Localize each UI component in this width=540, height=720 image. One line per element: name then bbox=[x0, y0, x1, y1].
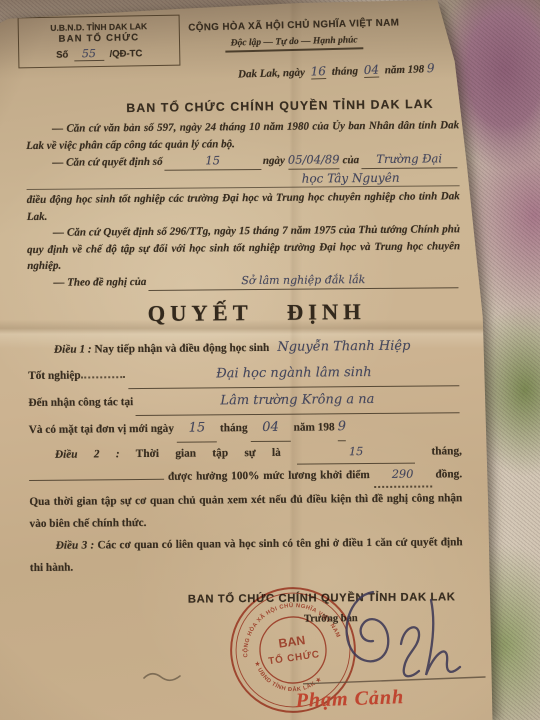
article3-text: Các cơ quan có liên quan và học sinh có … bbox=[30, 536, 463, 574]
workplace-value-handwritten: Lâm trường Krông a na bbox=[135, 386, 459, 416]
article2-label: Điều 2 : bbox=[55, 448, 120, 461]
photo-scene: U.B.N.D. TỈNH DAK LAK BAN TỔ CHỨC Số 55 … bbox=[0, 0, 540, 720]
article1-line2: Tốt nghiệp Đại học ngành lâm sinh bbox=[28, 359, 461, 390]
dateline: Dak Lak, ngày 16 tháng 04 năm 198 9 bbox=[238, 60, 488, 81]
org-title: BAN TỔ CHỨC CHÍNH QUYỀN TỈNH DAK LAK bbox=[112, 97, 448, 116]
preamble-3: — Căn cứ Quyết định số 296/TTg, ngày 15 … bbox=[27, 221, 460, 274]
article1-label: Điều 1 : bbox=[54, 336, 92, 362]
dateline-day-handwritten: 16 bbox=[310, 64, 326, 79]
p2-decision-no-handwritten: 15 bbox=[164, 152, 260, 170]
document-paper: U.B.N.D. TỈNH DAK LAK BAN TỔ CHỨC Số 55 … bbox=[0, 0, 540, 720]
doc-no-prefix: Số bbox=[56, 50, 68, 61]
document-body: — Căn cứ văn bản số 597, ngày 24 tháng 1… bbox=[26, 117, 463, 630]
preamble-2-line1: — Căn cứ quyết định số 15 ngày 05/04/89 … bbox=[52, 150, 459, 171]
graduation-value-handwritten: Đại học ngành lâm sinh bbox=[129, 359, 460, 389]
article1-line1: Điều 1 : Nay tiếp nhận và điều động học … bbox=[28, 333, 461, 363]
pen-squiggle-mark bbox=[142, 668, 182, 686]
doc-no-suffix: /QĐ-TC bbox=[109, 48, 142, 60]
salary-handwritten: 290 bbox=[374, 463, 432, 488]
preamble-4: — Theo đề nghị của Sở lâm nghiệp đắk lắk bbox=[53, 271, 460, 292]
main-title: QUYẾT ĐỊNH bbox=[83, 303, 431, 323]
p2-org-handwritten-1: Trường Đại bbox=[361, 150, 457, 168]
p4-lead: — Theo đề nghị của bbox=[53, 273, 146, 290]
national-header: CỘNG HÒA XÃ HỘI CHỦ NGHĨA VIỆT NAM Độc l… bbox=[178, 17, 411, 54]
p2-lead: — Căn cứ quyết định số bbox=[52, 154, 162, 171]
article3-label: Điều 3 : bbox=[56, 539, 95, 551]
dateline-thang: tháng bbox=[332, 65, 359, 78]
article2-lead: Thời gian tập sự là bbox=[136, 446, 281, 459]
dateline-nam: năm 198 bbox=[385, 63, 425, 76]
preamble-2-line2: học Tây Nguyên bbox=[26, 169, 459, 190]
article1-line3: Đến nhận công tác tại Lâm trường Krông a… bbox=[28, 386, 461, 417]
article2-thang: tháng, bbox=[431, 445, 462, 457]
dateline-year-handwritten: 9 bbox=[427, 61, 435, 75]
issuer-box: U.B.N.D. TỈNH DAK LAK BAN TỔ CHỨC Số 55 … bbox=[18, 15, 181, 69]
present-nam: năm 198 bbox=[293, 414, 334, 440]
present-year-handwritten: 9 bbox=[338, 414, 347, 441]
present-day-handwritten: 15 bbox=[177, 415, 217, 442]
country-name: CỘNG HÒA XÃ HỘI CHỦ NGHĨA VIỆT NAM bbox=[178, 17, 410, 34]
issuer-org: BAN TỔ CHỨC bbox=[23, 32, 175, 47]
present-month-handwritten: 04 bbox=[250, 414, 290, 441]
probation-months-handwritten: 15 bbox=[297, 440, 415, 464]
workplace-label: Đến nhận công tác tại bbox=[28, 389, 133, 416]
p2-org-handwritten-2: học Tây Nguyên bbox=[302, 169, 400, 186]
dateline-month-handwritten: 04 bbox=[364, 63, 380, 78]
empty-blank bbox=[29, 478, 164, 480]
article1-line4: Và có mặt tại đơn vị mới ngày 15 tháng 0… bbox=[29, 413, 462, 444]
article3: Điều 3 : Các cơ quan có liên quan và học… bbox=[30, 531, 463, 579]
paper-wrap: U.B.N.D. TỈNH DAK LAK BAN TỔ CHỨC Số 55 … bbox=[0, 0, 540, 720]
p2-ngay: ngày bbox=[263, 153, 285, 170]
article2-line2-lead: được hưởng 100% mức lương khởi điểm bbox=[168, 469, 370, 483]
student-name-handwritten: Nguyễn Thanh Hiệp bbox=[277, 333, 410, 360]
preamble-1: — Căn cứ văn bản số 597, ngày 24 tháng 1… bbox=[26, 117, 459, 154]
preamble-2-rest: điều động học sinh tốt nghiệp các trường… bbox=[27, 188, 460, 225]
document-number-line: Số 55 /QĐ-TC bbox=[23, 47, 175, 63]
signature-ink bbox=[303, 580, 491, 698]
present-thang: tháng bbox=[220, 415, 248, 441]
article1-text: Nay tiếp nhận và điều động học sinh bbox=[94, 334, 269, 362]
p4-value-handwritten: Sở lâm nghiệp đắk lắk bbox=[148, 271, 458, 291]
national-motto: Độc lập — Tự do — Hạnh phúc bbox=[225, 35, 364, 52]
p2-cua: của bbox=[342, 152, 359, 169]
present-label: Và có mặt tại đơn vị mới ngày bbox=[29, 415, 174, 442]
dotted-leader bbox=[82, 376, 126, 378]
article2: Điều 2 : Thời gian tập sự là 15 tháng, đ… bbox=[29, 440, 463, 535]
graduation-label: Tốt nghiệp bbox=[28, 362, 81, 388]
doc-no-handwritten: 55 bbox=[74, 47, 104, 62]
p2-date-handwritten: 05/04/89 bbox=[288, 151, 340, 169]
stamp-center-line1: BAN bbox=[278, 633, 307, 651]
dateline-place: Dak Lak, ngày bbox=[238, 67, 305, 81]
